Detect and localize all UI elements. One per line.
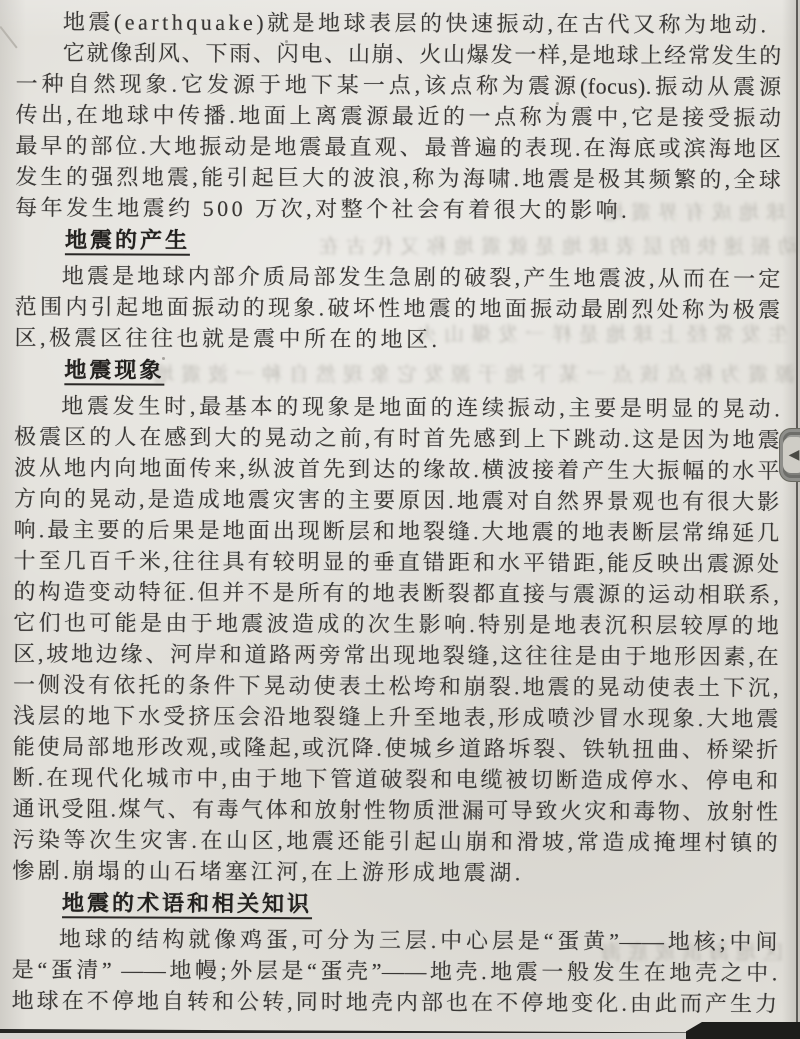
paragraph: 地球的结构就像鸡蛋,可分为三层.中心层是“蛋黄”——地核;中间是“蛋清” ——地… (12, 923, 778, 1019)
text-line: 它们也可能是由于地震波造成的次生影响.特别是地表沉积层较厚的地 (13, 607, 779, 641)
text-line: 能使局部地形改观,或隆起,或沉降.使城乡道路坼裂、铁轨扭曲、桥梁折 (13, 731, 779, 765)
section-heading: 地震的术语和相关知识 (12, 886, 778, 926)
text-line: 范围内引起地面振动的现象.破坏性地震的地面振动最剧烈处称为极震 (15, 291, 781, 325)
text-line: 响.最主要的后果是地面出现断层和地裂缝.大地震的地表断层常绵延几 (14, 514, 780, 548)
text-line: 地球在不停地自转和公转,同时地壳内部也在不停地变化.由此而产生力 (12, 985, 778, 1019)
scan-corner-shadow (686, 1022, 800, 1039)
section-heading: 地震的产生 (15, 223, 781, 263)
text-line: 地球的结构就像鸡蛋,可分为三层.中心层是“蛋黄”——地核;中间 (12, 923, 778, 957)
scan-speck (285, 40, 288, 43)
text-line: 地震(earthquake)就是地球表层的快速振动,在古代又称为地动. (16, 6, 782, 40)
text-line: 区,坡地边缘、河岸和道路两旁常出现地裂缝,这往往是由于地形因素,在 (13, 638, 779, 672)
text-line: 十至几百千米,往往具有较明显的垂直错距和水平错距,能反映出震源处 (14, 545, 780, 579)
text-line: 断.在现代化城市中,由于地下管道破裂和电缆被切断造成停水、停电和 (13, 762, 779, 796)
text-line: 区,极震区往往也就是震中所在的地区. (14, 322, 780, 356)
scan-speck (418, 300, 421, 303)
section-heading-text: 地震的术语和相关知识 (62, 890, 312, 919)
paragraph: 它就像刮风、下雨、闪电、山崩、火山爆发一样,是地球上经常发生的一种自然现象.它发… (15, 37, 782, 226)
text-line: 它就像刮风、下雨、闪电、山崩、火山爆发一样,是地球上经常发生的 (16, 37, 782, 71)
text-line: 每年发生地震约 500 万次,对整个社会有着很大的影响. (15, 192, 781, 226)
section-heading-text: 地震的产生 (65, 227, 190, 256)
section-heading-text: 地震现象 (64, 357, 164, 385)
text-line: 传出,在地球中传播.地面上离震源最近的一点称为震中,它是接受振动 (15, 99, 781, 133)
page-nav-button-face: ◀ (783, 437, 800, 473)
page-edge-line (796, 0, 798, 1028)
page-nav-button[interactable]: ◀ (779, 428, 800, 482)
text-line: 方向的晃动,是造成地震灾害的主要原因.地震对自然界景观也有很大影 (14, 483, 780, 517)
text-line: 一侧没有依托的条件下晃动使表土松垮和崩裂.地震的晃动使表土下沉, (13, 669, 779, 703)
text-line: 发生的强烈地震,能引起巨大的波浪,称为海啸.地震是极其频繁的,全球 (15, 161, 781, 195)
text-line: 是“蛋清” ——地幔;外层是“蛋壳”——地壳.地震一般发生在地壳之中. (12, 954, 778, 988)
paragraph: 地震发生时,最基本的现象是地面的连续振动,主要是明显的晃动.极震区的人在感到大的… (12, 390, 780, 889)
text-line: 极震区的人在感到大的晃动之前,有时首先感到上下跳动.这是因为地震 (14, 421, 780, 455)
text-line: 浅层的地下水受挤压会沿地裂缝上升至地表,形成喷沙冒水现象.大地震 (13, 700, 779, 734)
scan-speck (556, 102, 559, 105)
scan-margin-strip (0, 1033, 800, 1039)
document-text: 地震(earthquake)就是地球表层的快速振动,在古代又称为地动.它就像刮风… (12, 6, 782, 1019)
paragraph: 地震是地球内部介质局部发生急剧的破裂,产生地震波,从而在一定范围内引起地面振动的… (14, 260, 780, 356)
scan-speck (162, 357, 165, 360)
paragraph: 地震(earthquake)就是地球表层的快速振动,在古代又称为地动. (16, 6, 782, 40)
text-line: 地震是地球内部介质局部发生急剧的破裂,产生地震波,从而在一定 (15, 260, 781, 294)
text-line: 一种自然现象.它发源于地下某一点,该点称为震源(focus).振动从震源 (16, 68, 782, 102)
text-line: 的构造变动特征.但并不是所有的地表断裂都直接与震源的运动相联系, (13, 576, 779, 610)
section-heading: 地震现象 (14, 353, 780, 393)
text-line: 最早的部位.大地振动是地震最直观、最普遍的表现.在海底或滨海地区 (15, 130, 781, 164)
scanned-page: 球地成有界震地于由动振速快的层表球地是就震地称又代古在生发常经上球地是样一发爆山… (0, 0, 800, 1039)
text-line: 通讯受阻.煤气、有毒气体和放射性物质泄漏可导致火灾和毒物、放射性 (12, 793, 778, 827)
text-line: 地震发生时,最基本的现象是地面的连续振动,主要是明显的晃动. (14, 390, 780, 424)
left-arrow-icon: ◀ (789, 448, 800, 462)
text-line: 惨剧.崩塌的山石堵塞江河,在上游形成地震湖. (12, 855, 778, 889)
text-line: 波从地内向地面传来,纵波首先到达的缘故.横波接着产生大振幅的水平 (14, 452, 780, 486)
text-line: 污染等次生灾害.在山区,地震还能引起山崩和滑坡,常造成掩埋村镇的 (12, 824, 778, 858)
